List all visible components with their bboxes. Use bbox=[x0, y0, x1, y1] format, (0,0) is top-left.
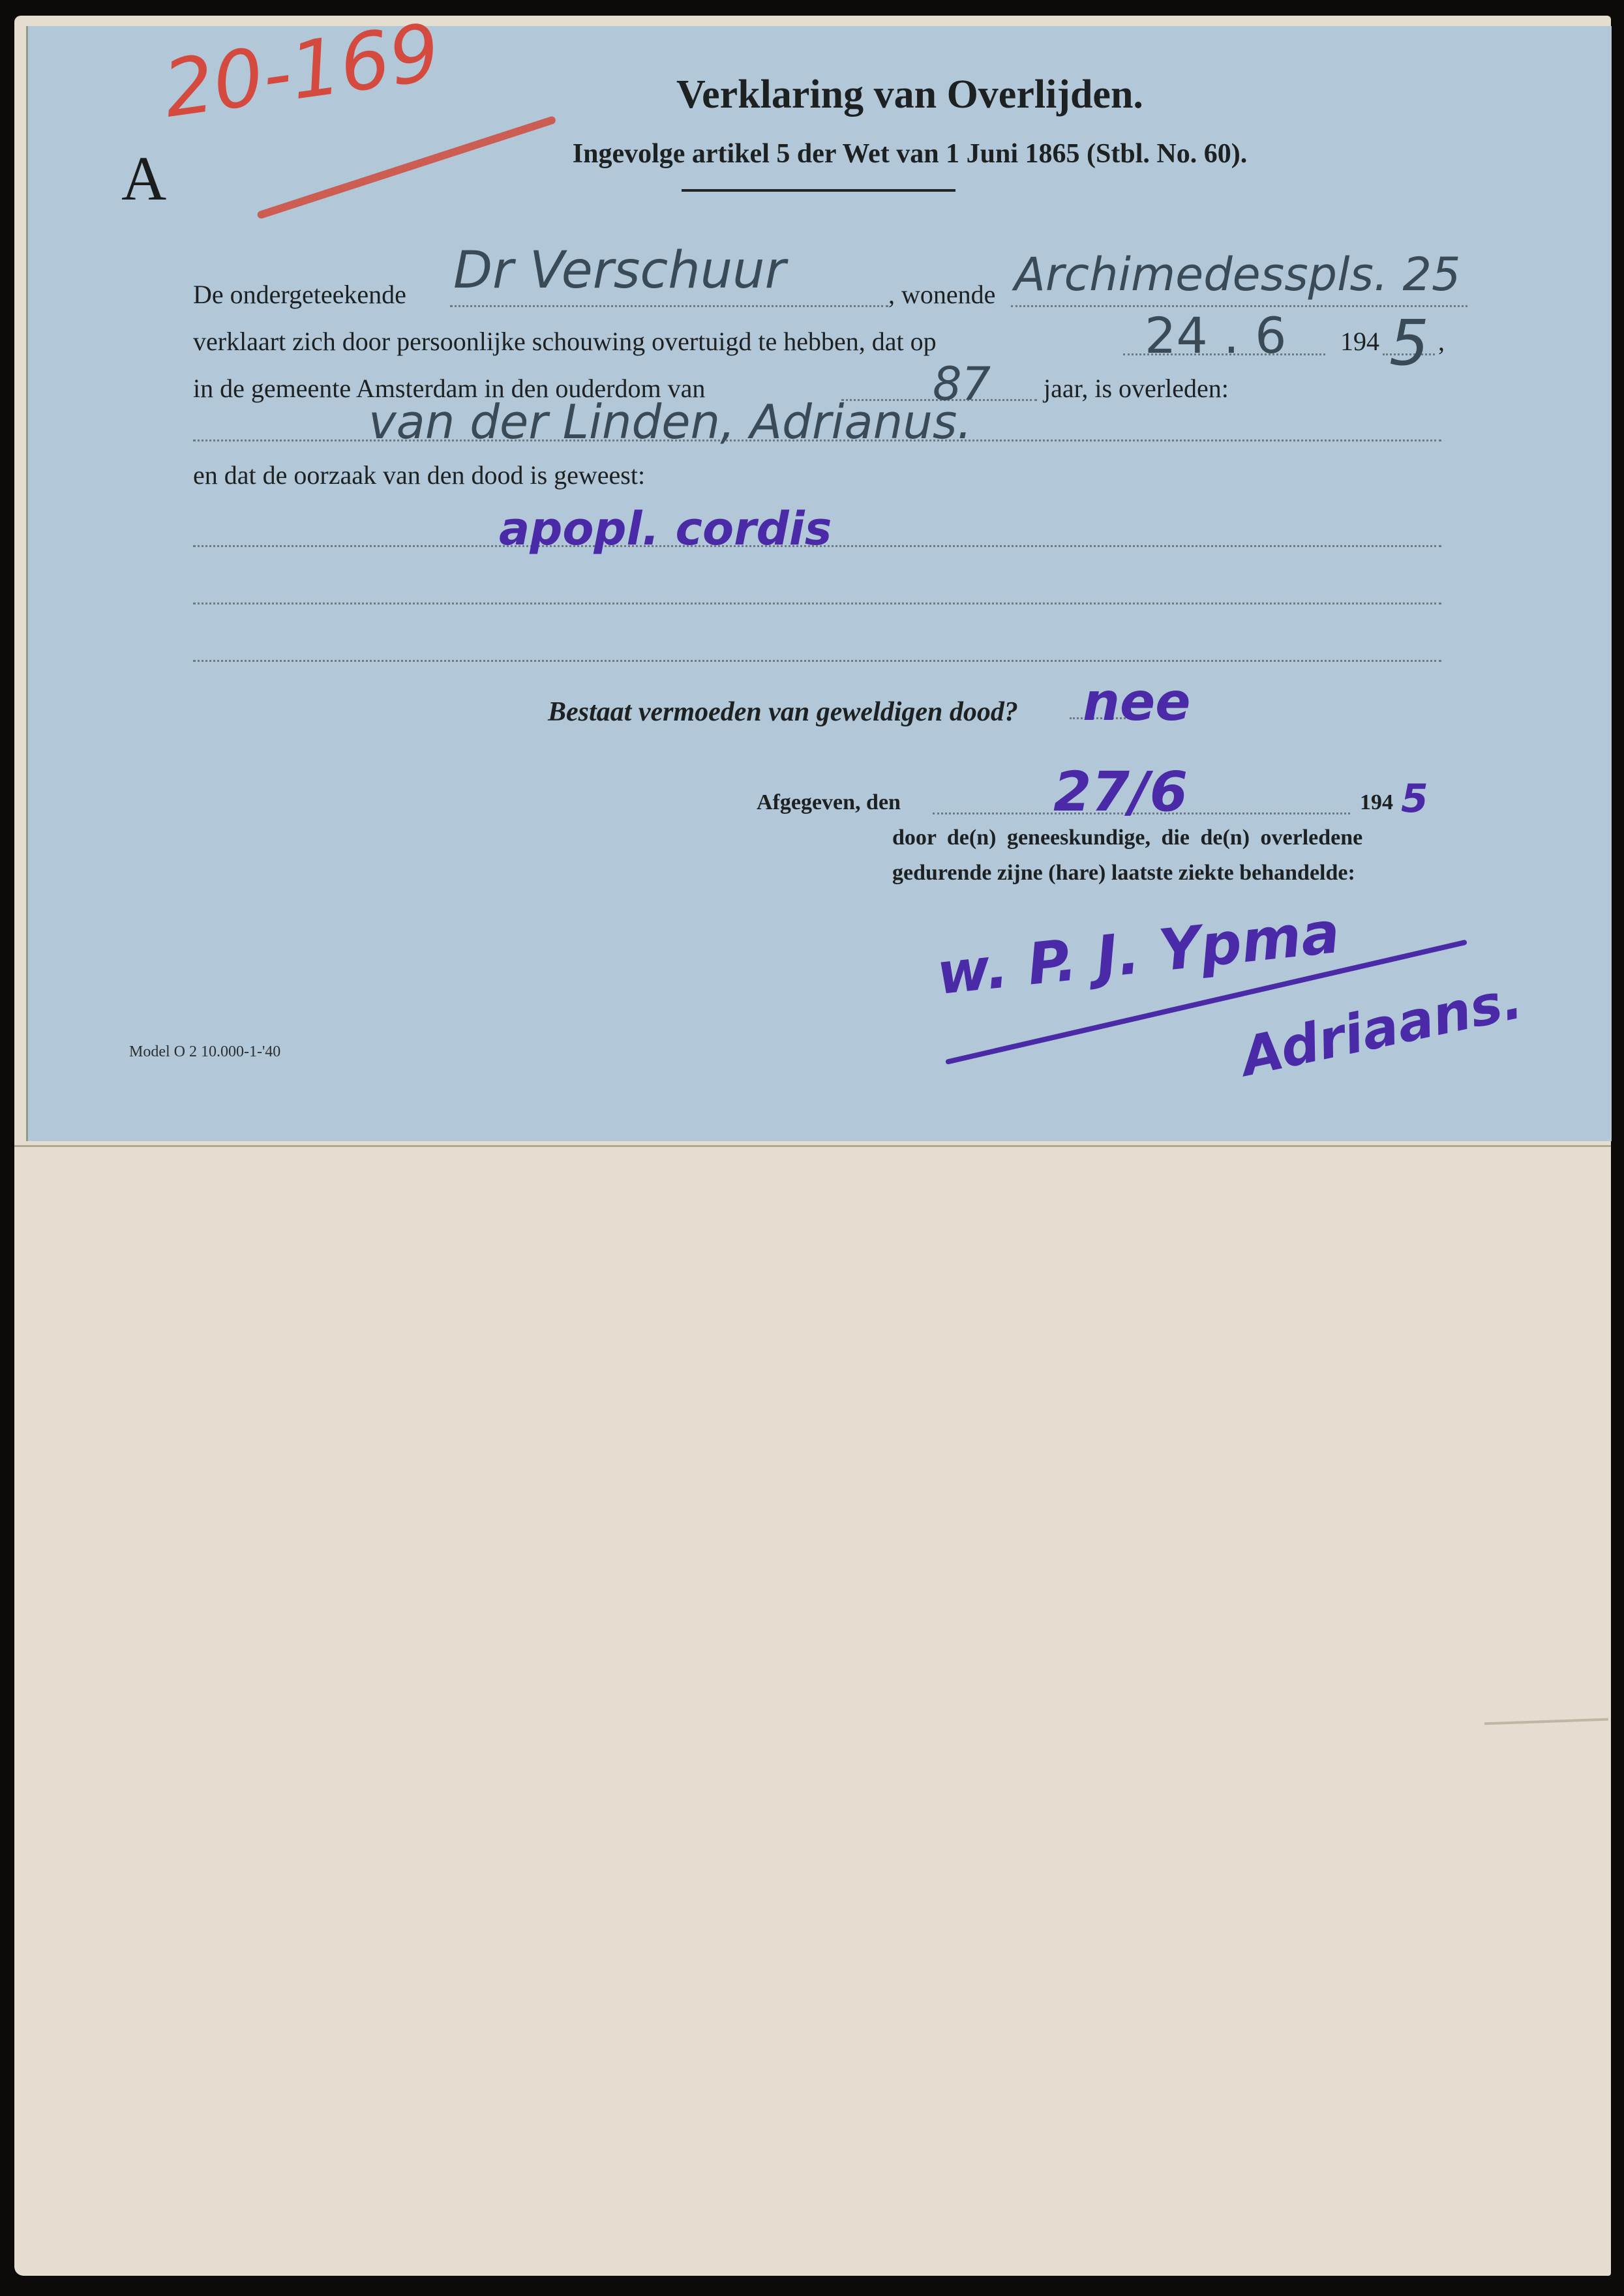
title-divider bbox=[682, 189, 955, 192]
address-field[interactable]: Archimedesspls. 25 bbox=[1014, 248, 1461, 301]
cause-field-line-3 bbox=[193, 660, 1441, 662]
label-overleden: jaar, is overleden: bbox=[1044, 373, 1229, 404]
issued-date-field[interactable]: 27/6 bbox=[1053, 760, 1188, 824]
issued-year-field[interactable]: 5 bbox=[1401, 776, 1428, 822]
deceased-name-field[interactable]: van der Linden, Adrianus. bbox=[368, 395, 972, 449]
cause-field-line-2 bbox=[193, 603, 1441, 604]
label-wonende: , wonende bbox=[888, 279, 995, 310]
physician-line-2: gedurende zijne (hare) laatste ziekte be… bbox=[892, 861, 1355, 886]
fold-line bbox=[14, 1145, 1611, 1147]
label-ondergeteekende: De ondergeteekende bbox=[193, 279, 406, 310]
signer-field-line bbox=[450, 305, 888, 307]
label-afgegeven: Afgegeven, den bbox=[757, 790, 901, 815]
page-title: Verklaring van Overlijden. bbox=[0, 72, 1624, 118]
year-prefix: 194 bbox=[1340, 326, 1379, 357]
comma: , bbox=[1438, 326, 1445, 357]
label-cause: en dat de oorzaak van den dood is gewees… bbox=[193, 460, 645, 490]
physician-line-1: door de(n) geneeskundige, die de(n) over… bbox=[892, 826, 1362, 850]
page-subtitle: Ingevolge artikel 5 der Wet van 1 Juni 1… bbox=[0, 138, 1624, 170]
death-year-field[interactable]: 5 bbox=[1389, 306, 1429, 380]
cause-field[interactable]: apopl. cordis bbox=[499, 502, 832, 556]
violent-death-question: Bestaat vermoeden van geweldigen dood? bbox=[548, 696, 1018, 728]
death-declaration-form bbox=[26, 26, 1612, 1141]
violent-death-answer[interactable]: nee bbox=[1083, 672, 1190, 732]
death-date-field[interactable]: 24 . 6 bbox=[1145, 306, 1287, 365]
label-verklaart: verklaart zich door persoonlijke schouwi… bbox=[193, 326, 937, 357]
model-number: Model O 2 10.000-1-'40 bbox=[129, 1043, 280, 1061]
signer-name-field[interactable]: Dr Verschuur bbox=[453, 241, 786, 300]
issued-year-prefix: 194 bbox=[1360, 790, 1393, 815]
